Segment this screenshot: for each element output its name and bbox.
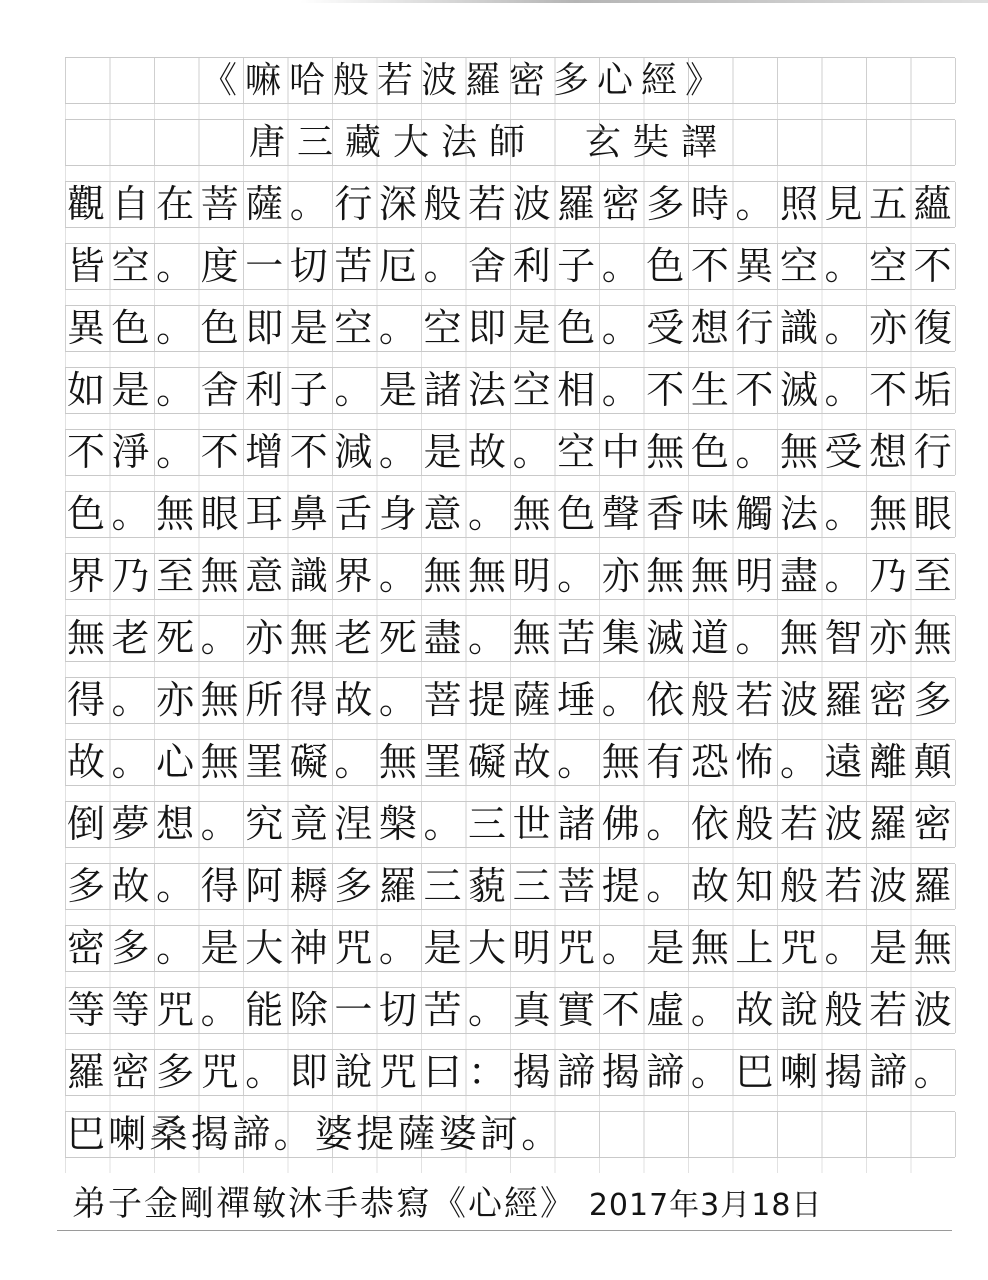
sutra-line: 多故。得阿耨多羅三藐三菩提。故知般若波羅 xyxy=(67,863,955,910)
grid-gap xyxy=(65,600,955,615)
grid-gap xyxy=(65,538,955,553)
sutra-line: 倒夢想。究竟涅槃。三世諸佛。依般若波羅密 xyxy=(67,801,955,848)
grid-gap xyxy=(65,104,955,119)
sutra-line: 巴喇桑揭諦。婆提薩婆訶。 xyxy=(67,1111,955,1158)
grid-gap xyxy=(65,476,955,491)
grid-gap xyxy=(65,414,955,429)
grid-gap xyxy=(65,1034,955,1049)
grid-gap xyxy=(65,1096,955,1111)
grid-paper: 《嘛哈般若波羅密多心經》 唐三藏大法師 玄奘譯 觀自在菩薩。行深般若波羅密多時。… xyxy=(65,57,955,1173)
sutra-line: 密多。是大神咒。是大明咒。是無上咒。是無 xyxy=(67,925,955,972)
sutra-line: 如是。舍利子。是諸法空相。不生不滅。不垢 xyxy=(67,367,955,414)
sutra-line: 異色。色即是空。空即是色。受想行識。亦復 xyxy=(67,305,955,352)
sutra-line: 皆空。度一切苦厄。舍利子。色不異空。空不 xyxy=(67,243,955,290)
sutra-line: 等等咒。能除一切苦。真實不虛。故說般若波 xyxy=(67,987,955,1034)
signature-rule xyxy=(57,1230,952,1231)
sutra-line: 觀自在菩薩。行深般若波羅密多時。照見五蘊 xyxy=(67,181,955,228)
sutra-line: 不淨。不增不減。是故。空中無色。無受想行 xyxy=(67,429,955,476)
sutra-line: 色。無眼耳鼻舌身意。無色聲香味觸法。無眼 xyxy=(67,491,955,538)
sutra-line: 界乃至無意識界。無無明。亦無無明盡。乃至 xyxy=(67,553,955,600)
sutra-line: 得。亦無所得故。菩提薩埵。依般若波羅密多 xyxy=(67,677,955,724)
scan-shadow-edge xyxy=(300,0,988,3)
signature: 弟子金剛禪敏沐手恭寫《心經》 2017年3月18日 xyxy=(72,1180,822,1228)
signature-text: 弟子金剛禪敏沐手恭寫《心經》 xyxy=(72,1184,576,1224)
grid-gap xyxy=(65,352,955,367)
grid-gap xyxy=(65,166,955,181)
grid-gap xyxy=(65,228,955,243)
sutra-title: 《嘛哈般若波羅密多心經》 xyxy=(201,57,729,104)
sutra-line: 羅密多咒。即說咒曰：揭諦揭諦。巴喇揭諦。 xyxy=(67,1049,955,1096)
sutra-line: 故。心無罣礙。無罣礙故。無有恐怖。遠離顛 xyxy=(67,739,955,786)
translator-credit: 唐三藏大法師 玄奘譯 xyxy=(249,119,729,166)
grid-gap xyxy=(65,724,955,739)
sutra-line: 無老死。亦無老死盡。無苦集滅道。無智亦無 xyxy=(67,615,955,662)
grid-gap xyxy=(65,910,955,925)
grid-gap xyxy=(65,290,955,305)
grid-gap xyxy=(65,1158,955,1173)
grid-gap xyxy=(65,972,955,987)
grid-gap xyxy=(65,848,955,863)
signature-date: 2017年3月18日 xyxy=(589,1188,823,1223)
grid-gap xyxy=(65,662,955,677)
grid-gap xyxy=(65,786,955,801)
